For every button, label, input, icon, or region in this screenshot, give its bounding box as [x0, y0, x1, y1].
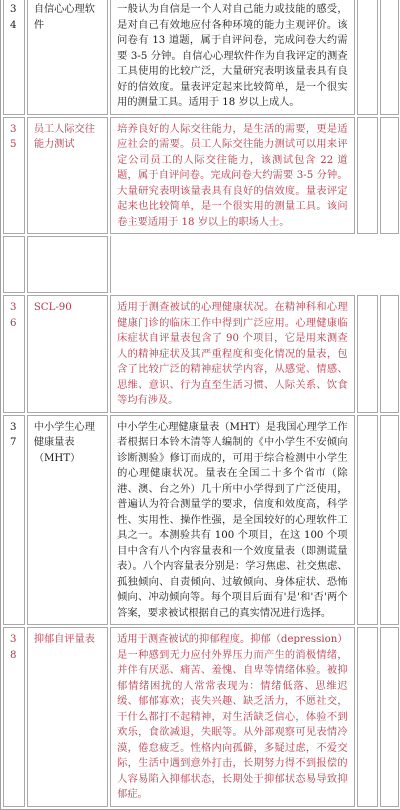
extra-cell [380, 415, 399, 541]
extra-cell [357, 0, 378, 115]
extra-cell [380, 0, 399, 115]
software-name: 自信心心理软件 [27, 0, 108, 115]
table-row: 37 中小学生心理健康量表（MHT） 中小学生心理健康量表（MHT）是我国心理学… [3, 415, 399, 541]
row-number: 37 [3, 415, 25, 541]
software-description [110, 236, 399, 293]
software-name [27, 236, 108, 293]
software-catalog-table: 34 自信心心理软件 一般认为自信是一个人对自己能力或技能的感受，是对自己有效地… [0, 0, 400, 540]
row-number [3, 236, 25, 293]
software-description: 中小学生心理健康量表（MHT）是我国心理学工作者根据日本铃木清等人编制的《中小学… [110, 415, 354, 541]
extra-cell [357, 295, 378, 413]
extra-cell [380, 117, 399, 235]
software-description: 适用于测查被试的心理健康状况。在精神科和心理健康门诊的临床工作中得到广泛应用。心… [110, 295, 354, 413]
row-number: 35 [3, 117, 25, 235]
row-number: 34 [3, 0, 25, 115]
table-row: 34 自信心心理软件 一般认为自信是一个人对自己能力或技能的感受，是对自己有效地… [3, 0, 399, 115]
extra-cell [357, 415, 378, 541]
table-row: 36 SCL-90 适用于测查被试的心理健康状况。在精神科和心理健康门诊的临床工… [3, 295, 399, 413]
software-description: 培养良好的人际交往能力，是生活的需要，更是适应社会的需要。员工人际交往能力测试可… [110, 117, 354, 235]
software-description: 一般认为自信是一个人对自己能力或技能的感受，是对自己有效地应付各种环境的能力主观… [110, 0, 354, 115]
software-name: 员工人际交往能力测试 [27, 117, 108, 235]
software-name: SCL-90 [27, 295, 108, 413]
table-row-empty [3, 236, 399, 293]
row-number: 36 [3, 295, 25, 413]
extra-cell [380, 295, 399, 413]
software-name: 中小学生心理健康量表（MHT） [27, 415, 108, 541]
extra-cell [357, 117, 378, 235]
table-row: 35 员工人际交往能力测试 培养良好的人际交往能力，是生活的需要，更是适应社会的… [3, 117, 399, 235]
